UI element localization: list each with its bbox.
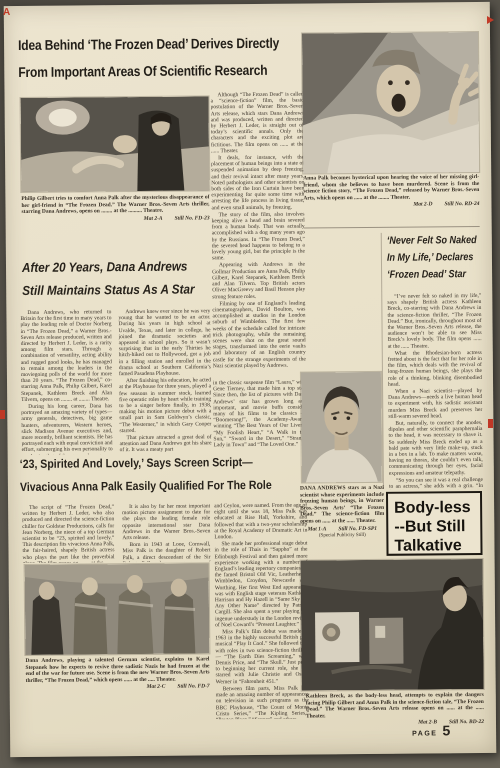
page-label: PAGE [412, 730, 437, 737]
mat-number: Mat 1-A [308, 526, 327, 533]
caption-top-left-matline: Mat 2-A Still No. FD-23 [22, 215, 210, 223]
bodyless-line1: Body-less [394, 498, 476, 518]
caption-divider-rule [304, 226, 480, 229]
caption-portrait-text: DANA ANDREWS stars as a Nazi scientist w… [300, 485, 384, 525]
palk-article-col2: It is also by far her most important mot… [122, 503, 211, 562]
still-number: Still No. BD-22 [449, 719, 484, 726]
photo-gilbert-comforts-palk-image [21, 96, 210, 192]
pressbook-page: Idea Behind ‘The Frozen Dead’ Derives Di… [4, 2, 497, 757]
breck-article-body: “I’ve never felt so naked in my life,” s… [387, 293, 483, 490]
caption-bottom-left-matline: Mat 2-C Still No. FD-7 [26, 684, 210, 692]
caption-top-left-text: Philip Gilbert tries to comfort Anna Pal… [21, 194, 209, 215]
caption-bottom-left-text: Dana Andrews, playing a talented German … [25, 656, 209, 683]
palk-article-col1: The script of “The Frozen Dead,” written… [22, 504, 115, 563]
bodyless-line2: --But Still [394, 517, 476, 537]
still-number: Still No. RD-24 [444, 201, 479, 208]
breck-headline: ‘Never Felt So Naked In My Life,’ Declar… [387, 232, 481, 289]
caption-bottom-right-text: Kathleen Breck, as the body-less head, a… [306, 692, 484, 719]
andrews-article-col3: in the classic suspense film “Laura,” wi… [213, 380, 307, 451]
still-number: Still No. FD-SP1 [338, 525, 377, 532]
palk-article-col3: and Ceylon, were named. From the age of … [214, 503, 309, 720]
red-registration-mark-a: A [3, 7, 10, 18]
photo-palk-hysterical-image [302, 32, 479, 174]
lead-article-body: Although “The Frozen Dead” is called a “… [210, 92, 305, 377]
lead-headline-line1: Idea Behind ‘The Frozen Dead’ Derives Di… [18, 30, 276, 59]
breck-headline-line1: ‘Never Felt So Naked [387, 232, 468, 250]
palk-headline-line1: ‘23, Spirited And Lovely,’ Says Screen S… [20, 451, 277, 476]
bodyless-boxed-headline: Body-less --But Still Talkative [386, 491, 483, 556]
caption-top-right-matline: Mat 2-D Still No. RD-24 [303, 201, 479, 209]
red-registration-mark-left [0, 410, 5, 419]
photo-frozen-nazis-image [25, 563, 210, 655]
photo-palk-hysterical [302, 32, 479, 174]
caption-top-right-text: Anna Palk becomes hysterical upon hearin… [303, 174, 479, 201]
andrews-headline-line2: Still Maintains Status As A Star [22, 277, 202, 302]
caption-bottom-left: Dana Andrews, playing a talented German … [25, 656, 209, 710]
caption-top-right: Anna Palk becomes hysterical upon hearin… [303, 174, 479, 226]
still-number: Still No. FD-7 [177, 684, 209, 691]
photo-bodyless-head-lab [301, 559, 484, 691]
bodyless-line3: Talkative [394, 536, 476, 556]
breck-headline-line3: ‘Frozen Dead’ Star [387, 266, 468, 284]
photo-andrews-portrait-image [301, 372, 382, 483]
photo-gilbert-comforts-palk [21, 96, 210, 192]
page-number-value: 5 [442, 722, 450, 738]
breck-headline-line2: In My Life,’ Declares [387, 249, 468, 267]
photo-frozen-nazis [25, 563, 210, 655]
caption-portrait-note: (Special Publicity Still) [300, 533, 384, 540]
caption-bottom-right-matline: Mat 2-B Still No. BD-22 [306, 719, 484, 727]
still-number: Still No. FD-23 [175, 215, 210, 222]
mat-number: Mat 2-C [147, 684, 166, 691]
photo-bodyless-head-lab-image [301, 559, 484, 691]
lead-headline-line2: From Important Areas Of Scientific Resea… [18, 57, 276, 86]
red-registration-mark-top-right [487, 16, 494, 24]
mat-number: Mat 2-A [144, 216, 163, 223]
caption-portrait-matline: Mat 1-A Still No. FD-SP1 [300, 525, 384, 532]
caption-portrait: DANA ANDREWS stars as a Nazi scientist w… [300, 485, 385, 558]
mat-number: Mat 2-D [413, 202, 432, 209]
andrews-headline: After 20 Years, Dana Andrews Still Maint… [22, 254, 222, 306]
andrews-article-col1: Dana Andrews, who returned to Britain fo… [20, 309, 112, 455]
photo-andrews-portrait [301, 372, 382, 483]
red-registration-mark-right [488, 419, 493, 428]
lead-headline: Idea Behind ‘The Frozen Dead’ Derives Di… [18, 29, 318, 90]
palk-headline: ‘23, Spirited And Lovely,’ Says Screen S… [20, 450, 312, 503]
andrews-article-col2: Andrews knew ever since he was very youn… [118, 308, 211, 454]
andrews-headline-line1: After 20 Years, Dana Andrews [22, 254, 202, 279]
caption-bottom-right: Kathleen Breck, as the body-less head, a… [306, 692, 484, 740]
caption-top-left: Philip Gilbert tries to comfort Anna Pal… [21, 194, 209, 248]
page-number: PAGE 5 [412, 722, 450, 738]
palk-headline-line2: Vivacious Anna Palk Easily Qualified For… [20, 474, 277, 499]
